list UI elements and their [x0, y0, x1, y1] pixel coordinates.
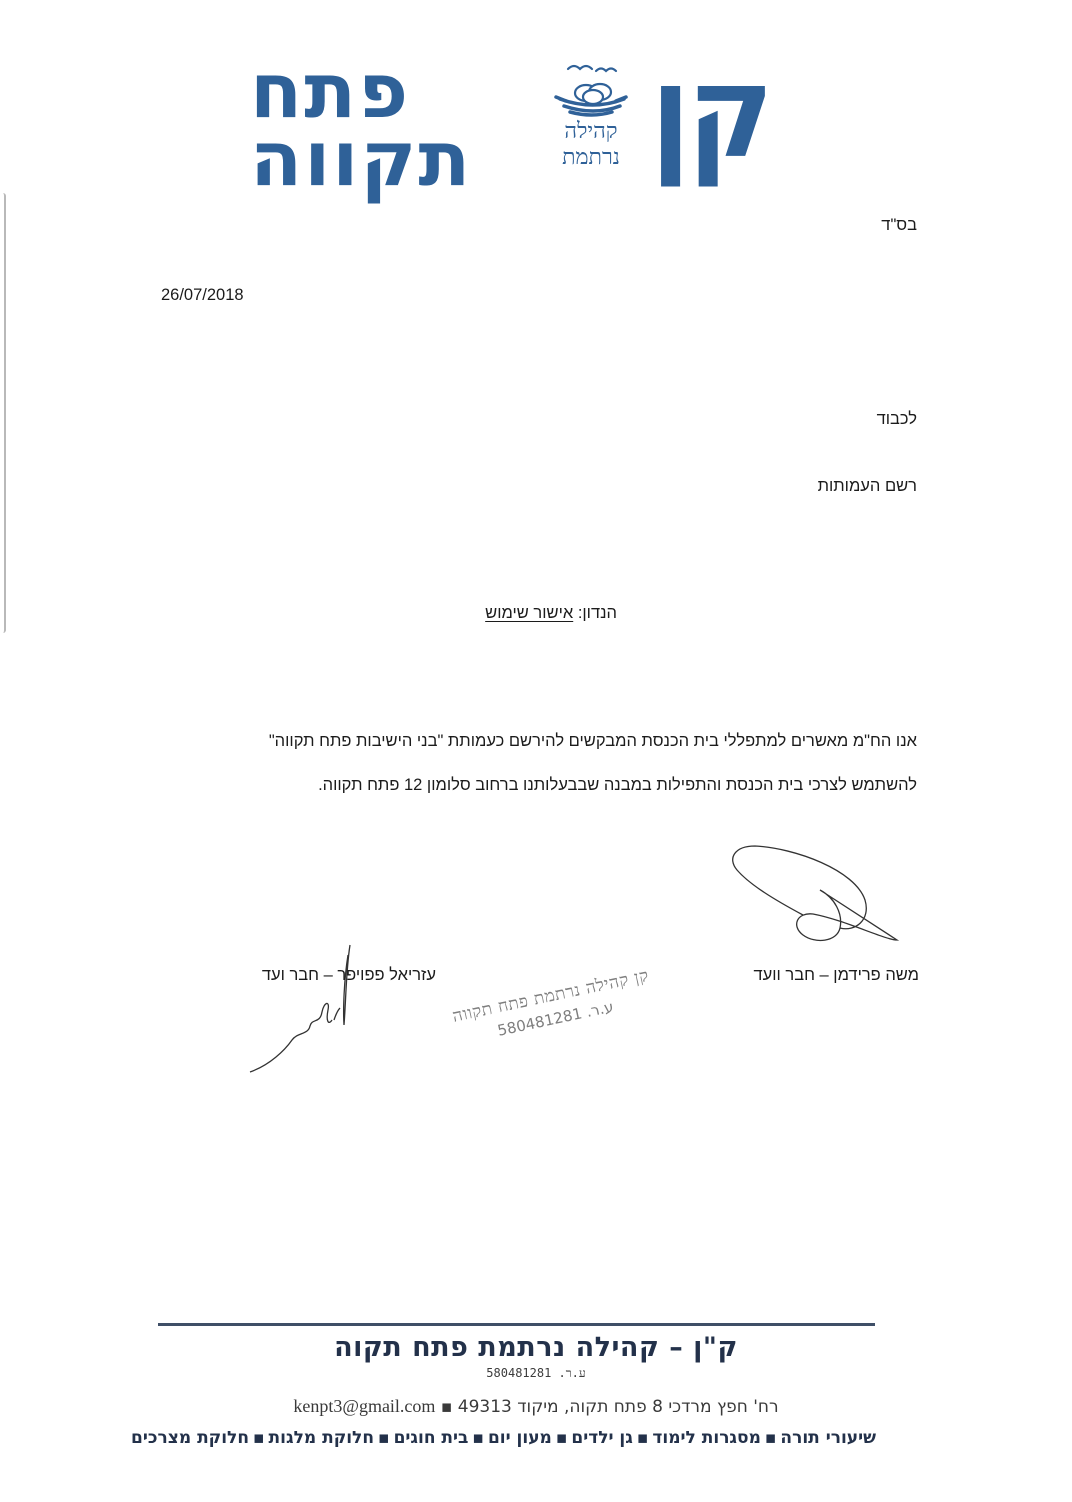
- subject-label: הנדון:: [578, 604, 617, 622]
- service-item: מעון יום: [488, 1428, 552, 1448]
- footer-contact: רח' חפץ מרדכי 8 פתח תקוה, מיקוד 49313 ▪ …: [0, 1396, 1072, 1417]
- footer-address: רח' חפץ מרדכי 8 פתח תקוה, מיקוד 49313: [458, 1397, 779, 1417]
- logo-nirtemet-text: נרתמת: [550, 147, 632, 169]
- bullet-icon: ▪: [253, 1428, 265, 1448]
- salutation: לכבוד: [877, 410, 917, 429]
- signature-2: [240, 940, 370, 1080]
- letter-date: 26/07/2018: [161, 286, 244, 305]
- service-item: שיעורי תורה: [780, 1428, 876, 1448]
- logo-tikva-text: תקווה: [250, 121, 472, 197]
- service-item: חלוקת מצרכים: [131, 1428, 249, 1448]
- signatory-2-name: עזריאל פפויפר – חבר ועד: [262, 966, 436, 985]
- signature-1: [725, 840, 905, 950]
- footer-org-title: ק"ן – קהילה נרתמת פתח תקוה: [0, 1332, 1072, 1363]
- bullet-icon: ▪: [765, 1428, 777, 1448]
- service-item: גן ילדים: [571, 1428, 632, 1448]
- scanned-page-edge: [0, 193, 6, 633]
- bsd-header: בס"ד: [881, 216, 917, 235]
- bullet-icon: ▪: [556, 1428, 568, 1448]
- service-item: בית חוגים: [394, 1428, 469, 1448]
- service-item: מסגרות לימוד: [652, 1428, 760, 1448]
- signatory-1-name: משה פרידמן – חבר וועד: [754, 966, 920, 985]
- footer-registration: ע.ר. 580481281: [0, 1366, 1072, 1381]
- body-paragraph-line-2: להשתמש לצרכי בית הכנסת והתפילות במבנה שב…: [318, 776, 917, 795]
- subject-line: הנדון: אישור שימוש: [485, 604, 617, 623]
- footer-divider: [158, 1323, 875, 1326]
- body-paragraph-line-1: אנו הח"מ מאשרים למתפללי בית הכנסת המבקשי…: [269, 732, 917, 751]
- footer-services-list: שיעורי תורה▪מסגרות לימוד▪גן ילדים▪מעון י…: [131, 1428, 876, 1448]
- footer-email: kenpt3@gmail.com: [293, 1396, 435, 1416]
- bullet-icon: ▪: [378, 1428, 390, 1448]
- subject-text: אישור שימוש: [485, 604, 573, 622]
- logo-ken-text: קן: [650, 49, 770, 177]
- organization-logo: קן פתח תקווה קהילה נרתמת: [250, 55, 770, 200]
- bullet-icon: ▪: [637, 1428, 649, 1448]
- nest-icon: [546, 59, 636, 119]
- logo-kehila-text: קהילה: [550, 121, 632, 143]
- separator-icon: ▪: [441, 1397, 453, 1417]
- recipient: רשם העמותות: [818, 477, 917, 496]
- service-item: חלוקת מלגות: [269, 1428, 374, 1448]
- bullet-icon: ▪: [472, 1428, 484, 1448]
- organization-stamp: קן קהילה נרתמת פתח תקווה ע.ר. 580481281: [446, 965, 660, 1050]
